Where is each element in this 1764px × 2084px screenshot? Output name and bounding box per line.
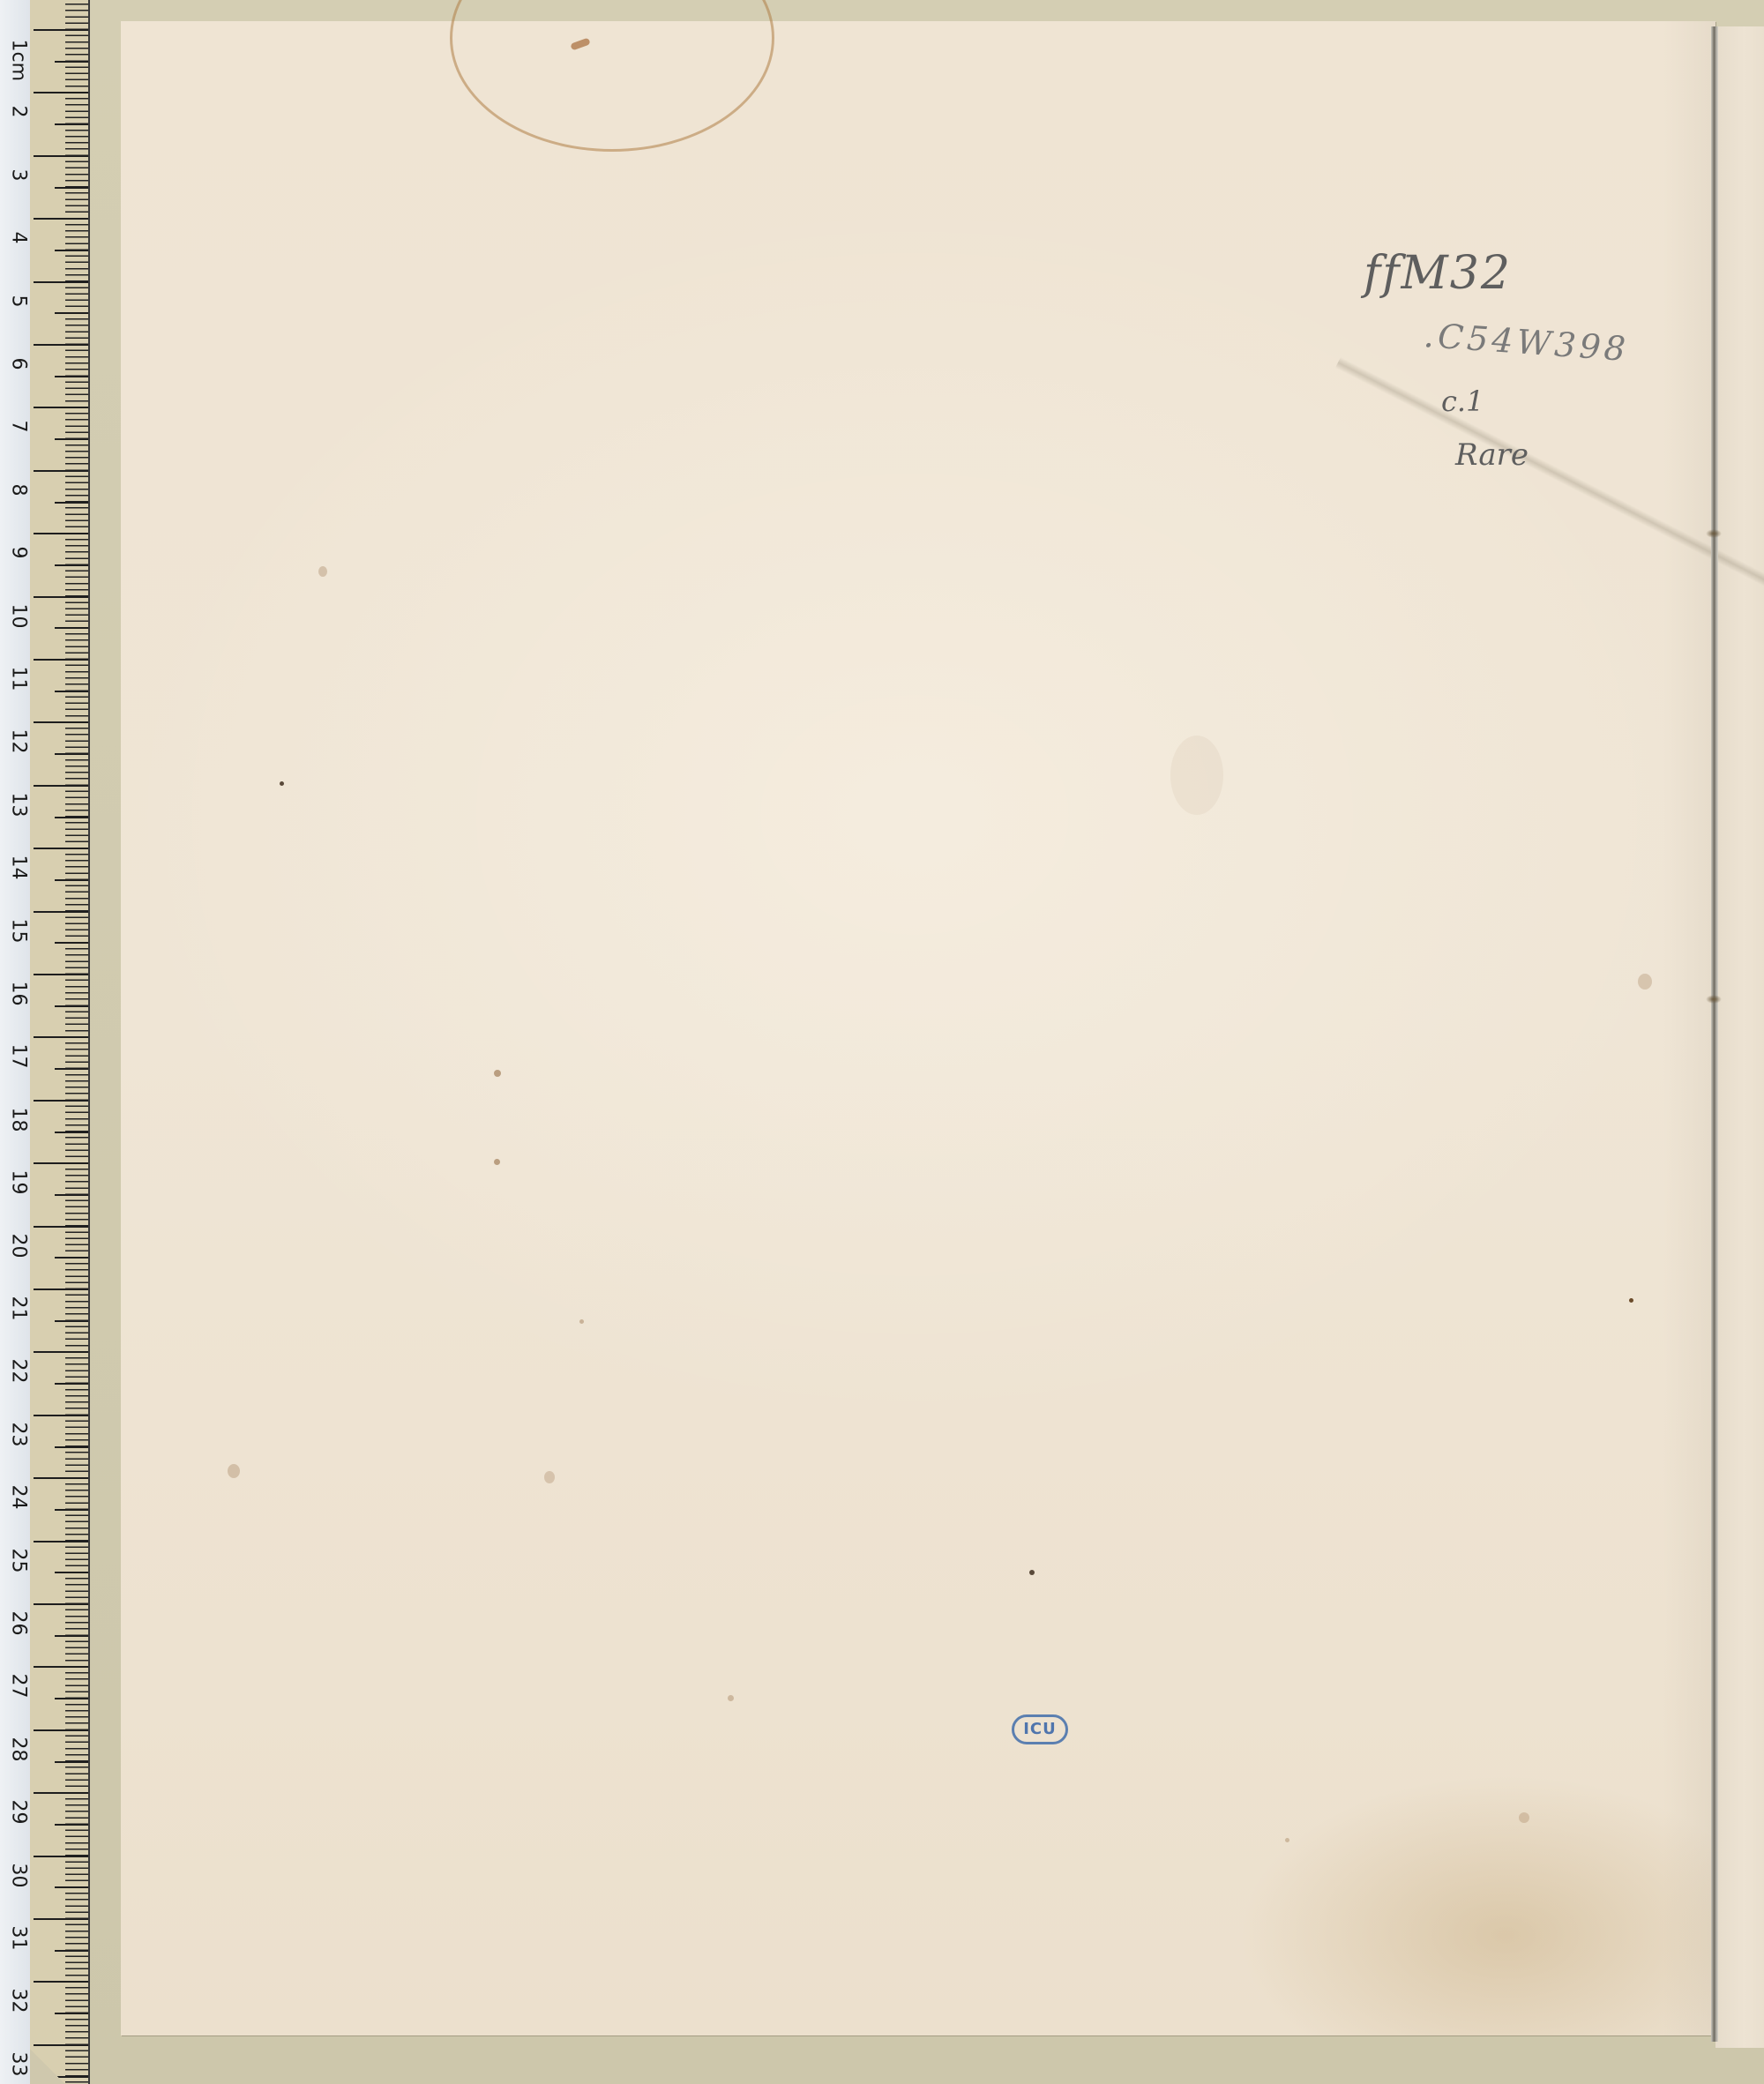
- ruler-half-cm-tick: [55, 502, 88, 504]
- ruler-cm-tick: [34, 155, 88, 157]
- ruler-cm-tick: [34, 721, 88, 723]
- ruler-half-cm-tick: [55, 1257, 88, 1259]
- ruler-cm-tick: [34, 281, 88, 283]
- ruler-label: 27: [8, 1673, 30, 1699]
- call-number-line-1: ffM32: [1364, 250, 1512, 296]
- next-leaf-edge: [1715, 26, 1764, 2048]
- ruler-cm-tick: [34, 596, 88, 598]
- binding-stitch: [1706, 995, 1722, 1004]
- ruler-half-cm-tick: [55, 942, 88, 944]
- ruler-label: 28: [8, 1736, 30, 1762]
- ruler-cm-tick: [34, 1729, 88, 1731]
- foxing-spot: [228, 1464, 240, 1478]
- ruler-half-cm-tick: [55, 1824, 88, 1826]
- ruler-label: 25: [8, 1547, 30, 1573]
- ruler-cm-tick: [34, 1792, 88, 1794]
- ruler-label: 32: [8, 1988, 30, 2014]
- foxing-spot: [494, 1159, 500, 1165]
- ruler-half-cm-tick: [55, 376, 88, 377]
- foxing-spot: [318, 566, 327, 577]
- ruler-half-cm-tick: [55, 1320, 88, 1322]
- document-page: ffM32 .C54W398 c.1 Rare ICU: [121, 21, 1715, 2035]
- ruler-cm-tick: [34, 1226, 88, 1228]
- ruler-half-cm-tick: [55, 1446, 88, 1448]
- foxing-spot: [544, 1471, 555, 1483]
- ruler-half-cm-tick: [55, 1383, 88, 1385]
- ruler-cm-tick: [34, 1351, 88, 1353]
- ruler-label: 16: [8, 981, 30, 1007]
- ruler-cm-tick: [34, 1477, 88, 1479]
- ruler-cm-tick: [34, 2044, 88, 2046]
- ruler-cm-tick: [34, 1541, 88, 1542]
- page-edge-shadow: [1663, 21, 1715, 2035]
- ruler-label: 17: [8, 1043, 30, 1070]
- ruler-cm-tick: [34, 407, 88, 408]
- ruler-half-cm-tick: [55, 1761, 88, 1763]
- ruler-half-cm-tick: [55, 627, 88, 629]
- ruler-half-cm-tick: [55, 753, 88, 755]
- ruler-half-cm-tick: [55, 123, 88, 125]
- ruler-label: 24: [8, 1484, 30, 1511]
- ruler-cm-tick: [34, 1100, 88, 1102]
- ruler-cm-tick: [34, 659, 88, 661]
- ruler-cm-tick: [34, 911, 88, 913]
- foxing-spot: [579, 1319, 584, 1324]
- ruler-label: 26: [8, 1610, 30, 1637]
- ruler-cm-tick: [34, 1162, 88, 1164]
- ruler-label: 13: [8, 791, 30, 818]
- ruler-label: 7: [8, 414, 30, 440]
- ruler-half-cm-tick: [55, 1132, 88, 1133]
- ruler-half-cm-tick: [55, 879, 88, 881]
- ruler-half-cm-tick: [55, 61, 88, 63]
- call-number-copy: c.1: [1441, 387, 1484, 415]
- ruler-cm-tick: [34, 1918, 88, 1920]
- ring-stain: [450, 0, 774, 152]
- ruler-cm-tick: [34, 1288, 88, 1290]
- library-stamp: ICU: [1012, 1714, 1068, 1744]
- ruler-cm-tick: [34, 1036, 88, 1038]
- ruler-cm-tick: [34, 470, 88, 472]
- ruler-half-cm-tick: [55, 187, 88, 189]
- foxing-spot: [280, 781, 284, 786]
- ruler-half-cm-tick: [55, 1886, 88, 1888]
- binding-stitch: [1706, 529, 1722, 538]
- foxing-spot: [728, 1695, 734, 1701]
- ruler-label: 4: [8, 225, 30, 251]
- ruler-half-cm-tick: [55, 2013, 88, 2014]
- ruler-label: 1cm: [8, 40, 30, 66]
- ruler-cm-tick: [34, 533, 88, 534]
- ruler-half-cm-tick: [55, 564, 88, 566]
- ruler-cm-tick: [34, 1415, 88, 1416]
- ruler-label: 18: [8, 1106, 30, 1132]
- ruler-cm-tick: [34, 1981, 88, 1983]
- ruler-label: 19: [8, 1169, 30, 1196]
- ruler-label: 6: [8, 351, 30, 377]
- ruler-half-cm-tick: [55, 312, 88, 314]
- ruler-label: 33: [8, 2050, 30, 2077]
- ruler-cm-tick: [34, 218, 88, 220]
- call-number-line-2: .C54W398: [1423, 318, 1630, 366]
- ruler-label: 5: [8, 288, 30, 314]
- ruler-label: 29: [8, 1799, 30, 1826]
- ruler-label: 14: [8, 855, 30, 881]
- foxing-spot: [494, 1070, 501, 1077]
- foxing-spot: [1285, 1838, 1289, 1842]
- ruler-cm-tick: [34, 974, 88, 975]
- ruler-label: 8: [8, 476, 30, 503]
- ruler-label: 10: [8, 602, 30, 629]
- ruler-half-cm-tick: [55, 250, 88, 251]
- ruler-half-cm-tick: [55, 1635, 88, 1637]
- foxing-spot: [1029, 1570, 1035, 1575]
- ruler-label: 2: [8, 99, 30, 125]
- ruler-cm-tick: [34, 344, 88, 346]
- ruler-half-cm-tick: [55, 1950, 88, 1952]
- ruler-label: 15: [8, 917, 30, 944]
- ruler-label: 30: [8, 1862, 30, 1888]
- ruler-label: 21: [8, 1296, 30, 1322]
- ruler-cm-tick: [34, 1856, 88, 1857]
- foxing-spot: [1170, 736, 1223, 815]
- foxing-spot: [1629, 1298, 1633, 1303]
- ruler-cut-corner: [30, 2049, 65, 2084]
- ruler-cm-tick: [34, 848, 88, 849]
- ruler-label: 11: [8, 666, 30, 692]
- ruler-cm-tick: [34, 1603, 88, 1605]
- ruler-label: 9: [8, 540, 30, 566]
- ruler-cm-tick: [34, 92, 88, 93]
- ruler-half-cm-tick: [55, 1068, 88, 1070]
- ruler-cm-tick: [34, 785, 88, 787]
- ruler-half-cm-tick: [55, 1005, 88, 1007]
- ruler-label: 22: [8, 1358, 30, 1385]
- ruler-half-cm-tick: [55, 1572, 88, 1573]
- ruler-half-cm-tick: [55, 438, 88, 440]
- ruler-half-cm-tick: [55, 1698, 88, 1699]
- ruler-label: 12: [8, 728, 30, 755]
- book-spine-gutter: [1711, 26, 1718, 2042]
- ruler-label: 31: [8, 1925, 30, 1952]
- ruler-cm-tick: [34, 1666, 88, 1668]
- foxing-spot: [1638, 974, 1652, 990]
- call-number-collection: Rare: [1455, 440, 1529, 470]
- ruler-label: 3: [8, 161, 30, 188]
- ruler-half-cm-tick: [55, 691, 88, 692]
- ruler-cm-tick: [34, 29, 88, 31]
- measurement-ruler: [30, 0, 90, 2084]
- ruler-half-cm-tick: [55, 817, 88, 818]
- ruler-label: 20: [8, 1232, 30, 1259]
- foxing-spot: [1519, 1812, 1529, 1823]
- ruler-half-cm-tick: [55, 1194, 88, 1196]
- ruler-label: 23: [8, 1421, 30, 1447]
- ruler-half-cm-tick: [55, 1509, 88, 1511]
